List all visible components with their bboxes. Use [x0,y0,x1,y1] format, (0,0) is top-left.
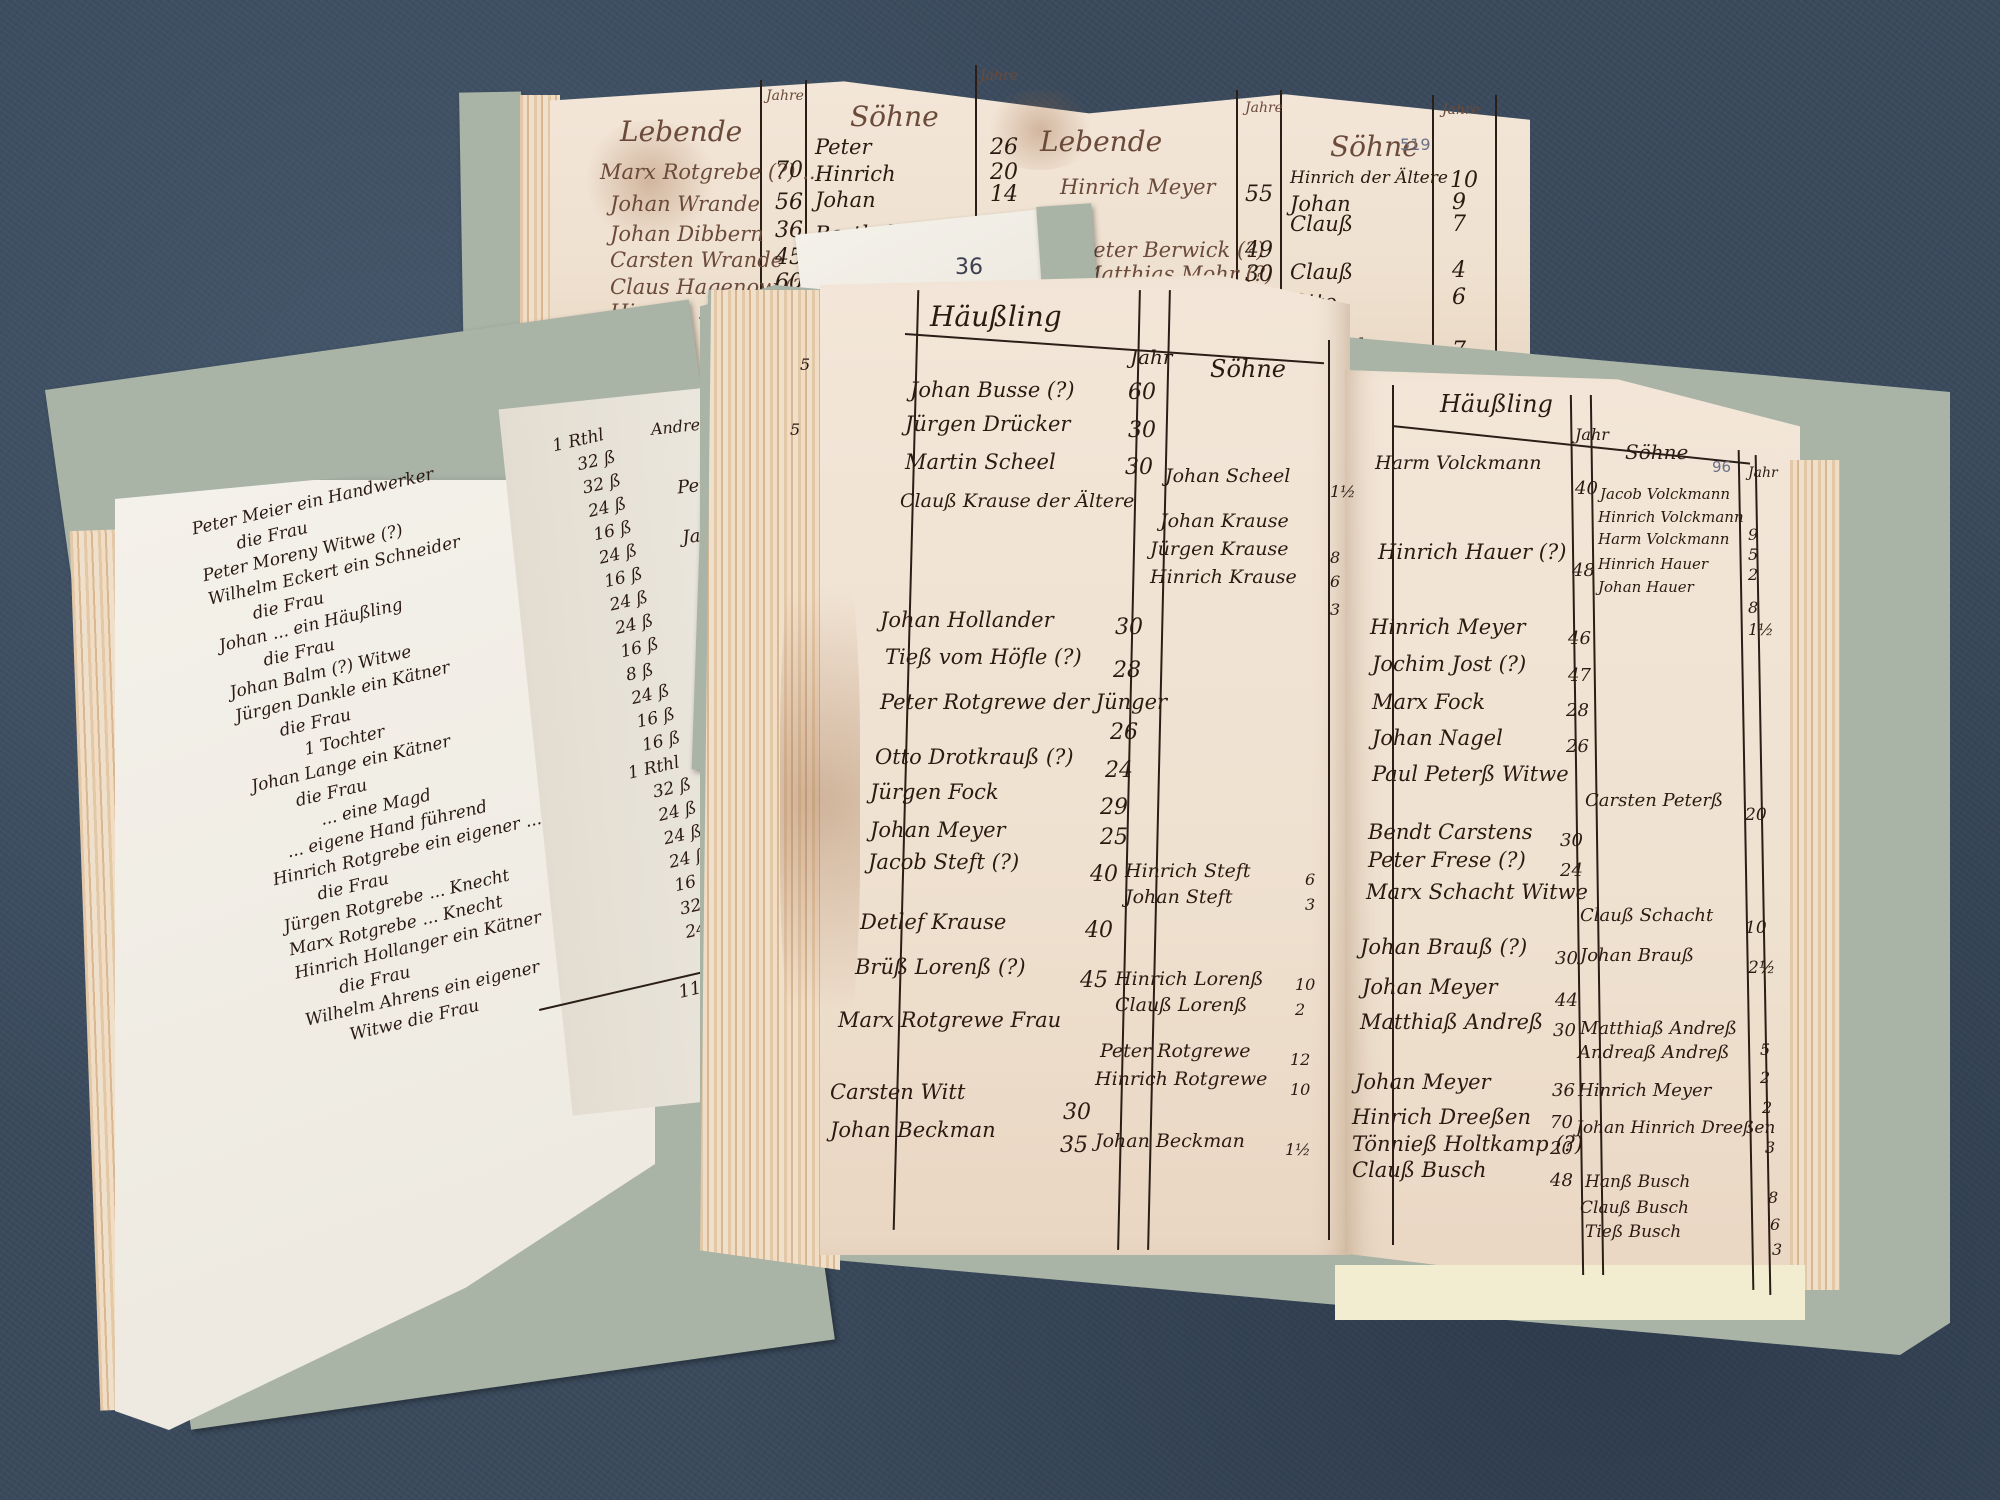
ledger-son-age: 3 [1330,600,1340,619]
ledger-name: Brüß Lorenß (?) [855,955,1026,979]
ledger-name: Johan Wrande [610,192,760,216]
ledger-name: Jürgen Drücker [905,412,1070,436]
ledger-age: 28 [1566,700,1589,721]
ledger-age: 24 [1105,758,1133,783]
column-header-lebende: Lebende [620,115,742,148]
ledger-name: Marx Fock [1372,690,1485,714]
entry-amount: 16 ß [619,634,661,662]
ledger-age: 30 [1555,948,1578,969]
ledger-age: 60 [1128,380,1156,405]
ledger-son: Johan Steft [1125,886,1232,908]
ledger-son: Johan Hauer [1598,578,1694,596]
column-rule [1328,340,1330,1240]
ledger-age: 49 [1245,238,1273,263]
ledger-name: Johan Nagel [1372,726,1503,750]
ledger-age: 30 [1063,1100,1091,1125]
ledger-age: 36 [1552,1080,1575,1101]
ledger-son-age: 2½ [1748,958,1775,978]
ledger-son: Hinrich Meyer [1578,1080,1711,1101]
ledger-son: Clauß [1290,212,1353,236]
ledger-son: Hinrich Krause [1150,566,1297,588]
ledger-son-age: 2 [1748,565,1758,584]
ledger-age: 40 [1090,862,1118,887]
ledger-son: Johan Brauß [1580,945,1694,966]
ledger-son: Johan Beckman [1095,1130,1245,1152]
ledger-son-age: 5 [1760,1040,1770,1059]
ledger-son-age: 6 [1305,870,1315,889]
entry-amount: 8 ß [624,660,655,686]
ledger-son: Harm Volckmann [1598,530,1729,548]
ledger-age: 55 [1245,182,1273,207]
ledger-son: Clauß Busch [1580,1198,1689,1218]
ledger-name: Clauß Krause der Ältere [900,490,1134,512]
ledger-name: Tieß vom Höfle (?) [885,645,1082,669]
ledger-son-age: 1½ [1330,482,1356,501]
ledger-son: Hinrich [815,162,896,186]
ledger-name: Otto Drotkrauß (?) [875,745,1074,769]
ledger-name: Jochim Jost (?) [1372,652,1526,676]
ledger-name: Johan Busse (?) [910,378,1075,402]
ledger-name: Johan Meyer [870,818,1006,842]
ledger-name: Johan Dibbern [610,222,764,246]
ledger-name: Hinrich Hauer (?) [1378,540,1566,564]
ledger-son-age: 9 [1748,525,1758,544]
column-header-jahre: Jahre [1442,102,1480,118]
column-header-jahre: Jahre [1245,100,1283,116]
column-header-haeussling: Häußling [1440,390,1553,418]
ledger-son-age: 1½ [1748,620,1774,639]
ledger-age: 35 [1060,1133,1088,1158]
ledger-name: Clauß Busch [1352,1158,1487,1182]
ledger-son: Tieß Busch [1585,1222,1681,1242]
ledger-son: Hinrich Volckmann [1598,508,1744,526]
ledger-age: 47 [1568,665,1591,686]
ledger-age: 45 [1080,968,1108,993]
ledger-son-age: 8 [1748,598,1758,617]
ledger-age: 20 [1550,1138,1573,1159]
ledger-name: Hinrich Meyer [1370,615,1526,639]
ledger-age: 48 [1550,1170,1573,1191]
ledger-age: 26 [1110,720,1138,745]
ledger-name: Johan Hollander [880,608,1054,632]
ledger-son-age: 2 [1760,1068,1770,1087]
ledger-name: Jürgen Fock [870,780,999,804]
ledger-son: Hanß Busch [1585,1172,1690,1192]
page-number-mark: 519 [1400,135,1431,154]
column-header-jahr: Jahr [1130,345,1172,369]
ledger-son: Johan Hinrich Dreeßen [1576,1118,1775,1138]
column-header-jahr: Jahr [1748,465,1778,481]
ledger-son: Peter Rotgrewe [1100,1040,1251,1062]
ledger-son: Clauß Schacht [1580,905,1713,926]
ledger-son-age: 6 [1452,285,1466,310]
ledger-son-age: 8 [1330,548,1340,567]
column-header-soehne: Söhne [1210,355,1286,383]
ledger-son: Johan Scheel [1165,465,1290,487]
ledger-name: Carsten Wrande [610,248,783,272]
ledger-age: 25 [1100,825,1128,850]
ledger-son-age: 3 [1305,895,1315,914]
ledger-age: 70 [775,158,803,183]
ledger-son-age: 4 [1452,258,1466,283]
ledger-son: Carsten Peterß [1585,790,1723,811]
ledger-son: Hinrich Steft [1125,860,1251,882]
ledger-name: Peter Berwick (?) [1080,238,1265,262]
ledger-son-age: 1½ [1285,1140,1311,1159]
ledger-son-age: 3 [1772,1240,1782,1259]
ledger-age: 44 [1555,990,1578,1011]
ledger-son: Hinrich Rotgrewe [1095,1068,1267,1090]
margin-mark: 5 [790,420,800,439]
ledger-son: Johan [815,188,876,212]
ledger-name: Marx Rotgrewe Frau [838,1008,1061,1032]
ledger-age: 26 [1566,736,1589,757]
column-header-haeussling: Häußling [930,300,1062,333]
ledger-son-age: 26 [990,135,1018,160]
ledger-son-age: 6 [1770,1215,1780,1234]
ledger-son: Jacob Volckmann [1600,485,1730,503]
ledger-son: Matthiaß Andreß [1580,1018,1737,1039]
ledger-name: Detlef Krause [860,910,1006,934]
ledger-name: Jacob Steft (?) [868,850,1019,874]
column-header-jahr: Jahr [1575,425,1609,444]
ledger-son: Johan Krause [1160,510,1289,532]
ledger-son-age: 6 [1330,572,1340,591]
ledger-name: Hinrich Dreeßen [1352,1105,1531,1129]
ledger-son-age: 10 [1290,1080,1310,1099]
ledger-name: Johan Beckman [830,1118,996,1142]
ledger-son-age: 20 [1745,805,1767,825]
ledger-name: Johan Meyer [1362,975,1498,999]
front-ledger-right-page-edges [1790,460,1840,1290]
margin-mark: 5 [800,355,810,374]
column-rule [1495,95,1497,355]
ledger-age: 70 [1550,1112,1573,1133]
ledger-son-age: 2 [1762,1098,1772,1117]
ledger-age: 46 [1568,628,1591,649]
ledger-son-age: 14 [990,182,1018,207]
column-rule [1432,95,1434,355]
column-header-soehne: Söhne [850,100,939,133]
ledger-name: Paul Peterß Witwe [1372,762,1569,786]
ledger-son-age: 7 [1452,212,1466,237]
ledger-name: Harm Volckmann [1375,452,1542,474]
ledger-son: Jürgen Krause [1150,538,1288,560]
folio-number: 36 [955,255,983,280]
ledger-name: Matthiaß Andreß [1360,1010,1543,1034]
front-ledger-bottom-block [1335,1265,1805,1320]
ledger-name: Peter Rotgrewe der Jünger [880,690,1167,714]
ledger-age: 30 [1115,615,1143,640]
ledger-son: Hinrich Hauer [1598,555,1708,573]
ledger-son: Clauß [1290,260,1353,284]
ledger-name: Tönnieß Holtkamp (?) [1352,1132,1583,1156]
ledger-son-age: 12 [1290,1050,1310,1069]
ledger-age: 30 [1128,418,1156,443]
page-number-mark: 96 [1712,458,1731,476]
ledger-name: Bendt Carstens [1368,820,1533,844]
column-header-jahre: Jahre [766,88,804,104]
ledger-age: 30 [1125,455,1153,480]
ledger-age: 40 [1575,478,1598,499]
column-header-jahre: Jahre [980,68,1018,84]
ledger-age: 28 [1113,658,1141,683]
ledger-age: 30 [1560,830,1583,851]
ledger-name: Marx Schacht Witwe [1366,880,1588,904]
ledger-age: 48 [1572,560,1595,581]
ledger-son-age: 10 [1295,975,1315,994]
ledger-son-age: 8 [1768,1188,1778,1207]
ledger-name: Martin Scheel [905,450,1056,474]
ledger-age: 30 [1553,1020,1576,1041]
ledger-name: Peter Frese (?) [1368,848,1526,872]
ledger-age: 56 [775,190,803,215]
ledger-name: Johan Brauß (?) [1360,935,1527,959]
ledger-son-age: 5 [1748,545,1758,564]
ledger-age: 24 [1560,860,1583,881]
ledger-son-age: 3 [1765,1138,1775,1157]
column-header-soehne: Söhne [1625,440,1688,464]
ledger-son: Andreaß Andreß [1578,1042,1729,1063]
ledger-age: 40 [1085,918,1113,943]
ledger-name: Carsten Witt [830,1080,965,1104]
column-header-lebende: Lebende [1040,125,1162,158]
ledger-son: Clauß Lorenß [1115,994,1247,1016]
ledger-son-age: 10 [1745,918,1767,938]
ledger-son: Hinrich der Ältere [1290,168,1448,188]
ledger-son: Hinrich Lorenß [1115,968,1263,990]
ledger-son-age: 2 [1295,1000,1305,1019]
ledger-name: Johan Meyer [1355,1070,1491,1094]
ledger-name: Hinrich Meyer [1060,175,1216,199]
ledger-age: 29 [1100,795,1128,820]
ledger-son: Peter [815,135,872,159]
